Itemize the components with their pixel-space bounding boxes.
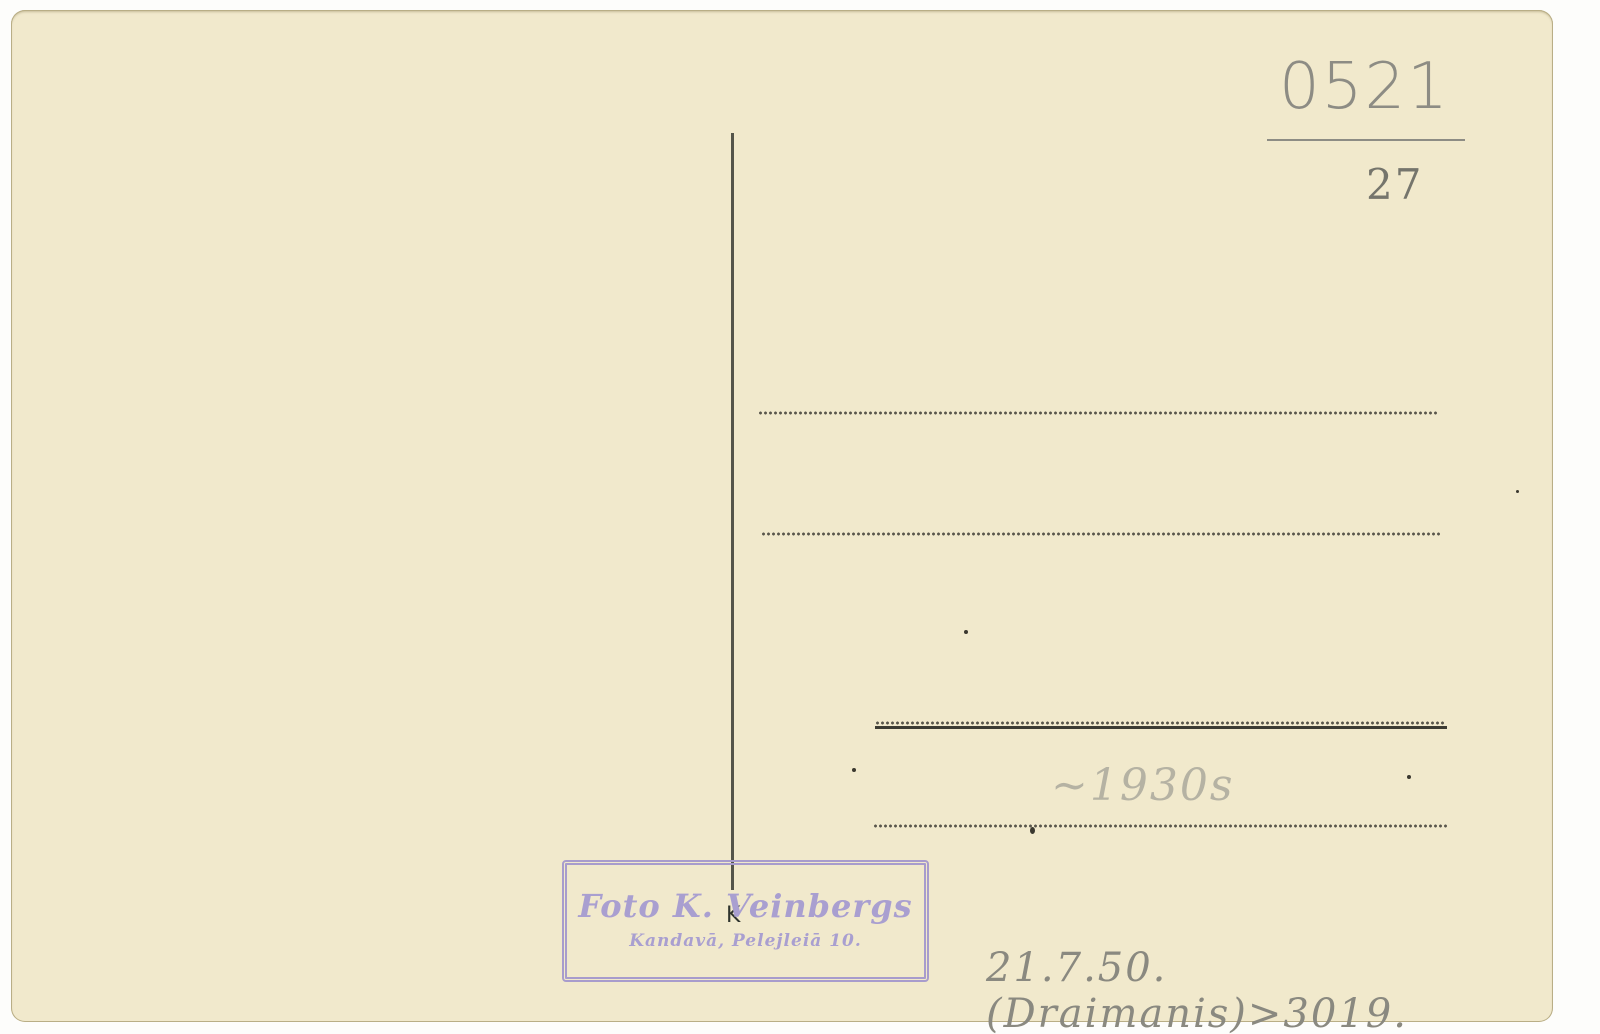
address-line-3-solid (875, 726, 1447, 729)
date-estimate: ~1930s (1051, 760, 1234, 811)
stamp-line-2: Kandavā, Pelejleiā 10. (567, 931, 924, 951)
catalog-number: 0521 (1279, 50, 1450, 124)
ink-speck (1030, 827, 1035, 834)
bottom-pencil-note: 21.7.50.(Draimanis)>3019. (986, 945, 1553, 1034)
photographer-stamp: Foto K. Veinbergs Kandavā, Pelejleiā 10. (562, 860, 929, 982)
ink-speck (964, 630, 968, 634)
address-line-4 (873, 824, 1448, 828)
address-line-1 (758, 411, 1438, 415)
stamp-line-1: Foto K. Veinbergs (567, 887, 924, 925)
address-line-2 (761, 532, 1441, 536)
center-divider-line (731, 133, 734, 890)
catalog-sub-number: 27 (1366, 160, 1423, 209)
address-line-3-dotted (875, 721, 1445, 725)
ink-speck (1407, 775, 1411, 779)
ink-speck (1516, 490, 1519, 493)
ink-speck (852, 768, 856, 772)
catalog-fraction-bar (1267, 139, 1465, 141)
postcard-back: K 0521 27 ~1930s 21.7.50.(Draimanis)>301… (11, 10, 1553, 1022)
